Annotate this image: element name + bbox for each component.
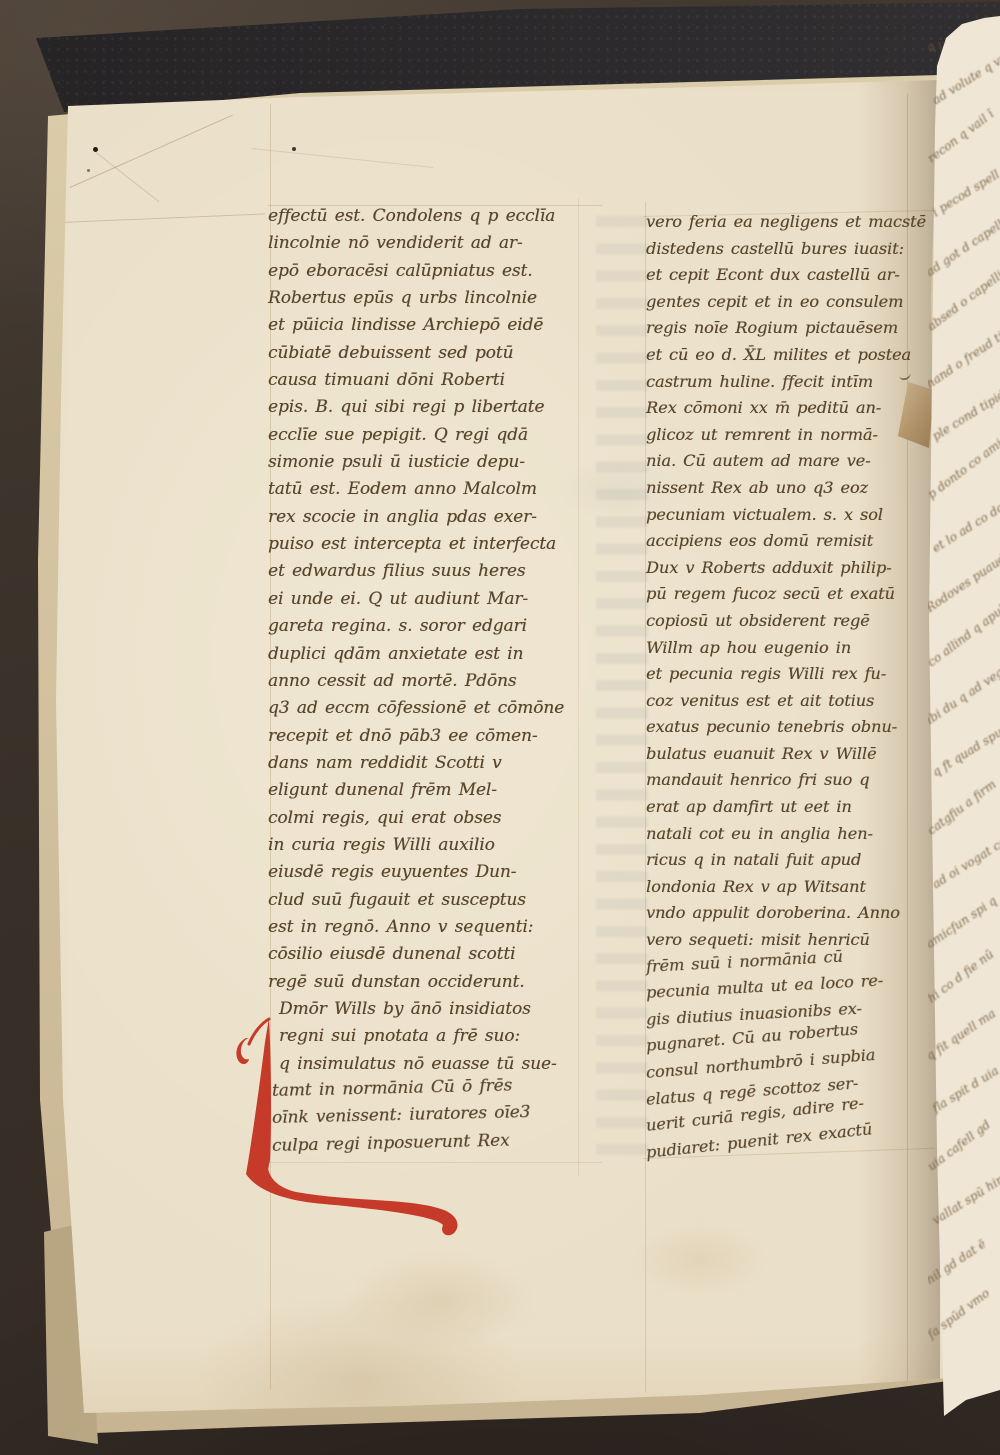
facing-page-text: q ft p soldad volute q vmrecon q vail īi… — [928, 42, 1000, 1392]
ink-speck — [93, 147, 98, 152]
text-line: simonie psuli ū iusticie depu- — [268, 449, 604, 476]
facing-text-fragment: p donto co amici — [928, 446, 994, 503]
text-line: epō eboracēsi calūpniatus est. — [268, 258, 604, 285]
text-line: colmi regis, qui erat obses — [268, 805, 604, 832]
facing-text-fragment: hi co d fie nū — [928, 950, 994, 1007]
text-line: cōsilio eiusdē dunenal scotti — [268, 941, 604, 968]
text-line: eligunt dunenal frēm Mel- — [268, 777, 604, 804]
facing-text-fragment: Rodoves puaud — [928, 562, 994, 617]
facing-text-fragment: ple cond tipid ad — [930, 392, 1000, 445]
facing-text-fragment: i pecod spell — [930, 168, 1000, 221]
parchment-crease — [96, 152, 160, 202]
facing-text-fragment: ibi du q ad vegta — [928, 674, 994, 729]
text-line: in curia regis Willi auxilio — [268, 832, 604, 859]
text-line: tatū est. Eodem anno Malcolm — [268, 476, 604, 503]
text-line: regē suū dunstan occiderunt. — [268, 969, 604, 996]
text-line: q3 ad eccm cōfessionē et cōmōne — [268, 695, 604, 722]
ink-speck — [292, 147, 296, 151]
facing-text-fragment: vallat spū hir — [930, 1176, 1000, 1229]
text-line: cūbiatē debuissent sed potū — [268, 340, 604, 367]
text-line: causa timuani dōni Roberti — [268, 367, 604, 394]
text-line: anno cessit ad mortē. Pdōns — [268, 668, 604, 695]
initial-paraph-mark — [236, 1038, 249, 1064]
facing-text-fragment: q ft quad spuck — [930, 728, 1000, 781]
facing-text-fragment: absed o capellis — [928, 278, 994, 335]
text-line: ei unde ei. Q ut audiunt Mar- — [268, 586, 604, 613]
text-line: effectū est. Condolens q p ecclīa — [268, 203, 604, 230]
text-line: ecclīe sue pepigit. Q regi qdā — [268, 422, 604, 449]
text-line: recepit et dnō pāb3 ee cōmen- — [268, 723, 604, 750]
facing-text-fragment: et lo ad co donod — [930, 504, 1000, 557]
text-line: eiusdē regis euyuentes Dun- — [268, 859, 604, 886]
text-line: epis. B. qui sibi regi p libertate — [268, 394, 604, 421]
facing-text-fragment: hand o freud tipit — [928, 338, 994, 393]
facing-text-fragment: hil gd dat ē — [928, 1234, 994, 1289]
facing-text-fragment: ad got d capella — [928, 226, 994, 281]
facing-text-fragment: co allind q apulla — [928, 614, 994, 671]
facing-text-fragment: recon q vail ī — [928, 110, 994, 167]
text-line: est in regnō. Anno v sequenti: — [268, 914, 604, 941]
text-line: rex scocie in anglia pdas exer- — [268, 504, 604, 531]
text-line: Robertus epūs q urbs lincolnie — [268, 285, 604, 312]
initial-tail — [246, 1168, 458, 1235]
text-line: lincolnie nō vendiderit ad ar- — [268, 230, 604, 257]
ink-speck — [87, 169, 90, 172]
text-line: duplici qdām anxietate est in — [268, 641, 604, 668]
parchment-crease — [252, 148, 433, 168]
manuscript-photo: effectū est. Condolens q p ecclīalincoln… — [0, 0, 1000, 1455]
facing-text-fragment: q ft p sold — [928, 42, 994, 57]
text-line: puiso est intercepta et interfecta — [268, 531, 604, 558]
facing-text-fragment: ad oi vogat co — [930, 840, 1000, 893]
red-initial-L — [226, 1008, 476, 1248]
facing-text-fragment: amicfun spi q — [928, 898, 994, 953]
facing-text-fragment: fla spit d uia — [930, 1064, 1000, 1117]
text-line: gareta regina. s. soror edgari — [268, 613, 604, 640]
text-line: et edwardus filius suus heres — [268, 558, 604, 585]
text-line: et pūicia lindisse Archiepō eidē — [268, 312, 604, 339]
facing-text-fragment: uia cafell gd — [928, 1118, 994, 1175]
manuscript-page: effectū est. Condolens q p ecclīalincoln… — [0, 0, 1000, 1455]
facing-text-fragment: ad volute q vm — [930, 56, 1000, 109]
text-line: clud suū fugauit et susceptus — [268, 887, 604, 914]
parchment-crease — [60, 213, 265, 223]
facing-text-fragment: fa spūd vmo — [928, 1286, 994, 1343]
facing-text-fragment: q fit quell ma — [928, 1010, 994, 1065]
text-line: dans nam reddidit Scotti v — [268, 750, 604, 777]
facing-text-fragment: catgfiu a firm — [928, 782, 994, 839]
